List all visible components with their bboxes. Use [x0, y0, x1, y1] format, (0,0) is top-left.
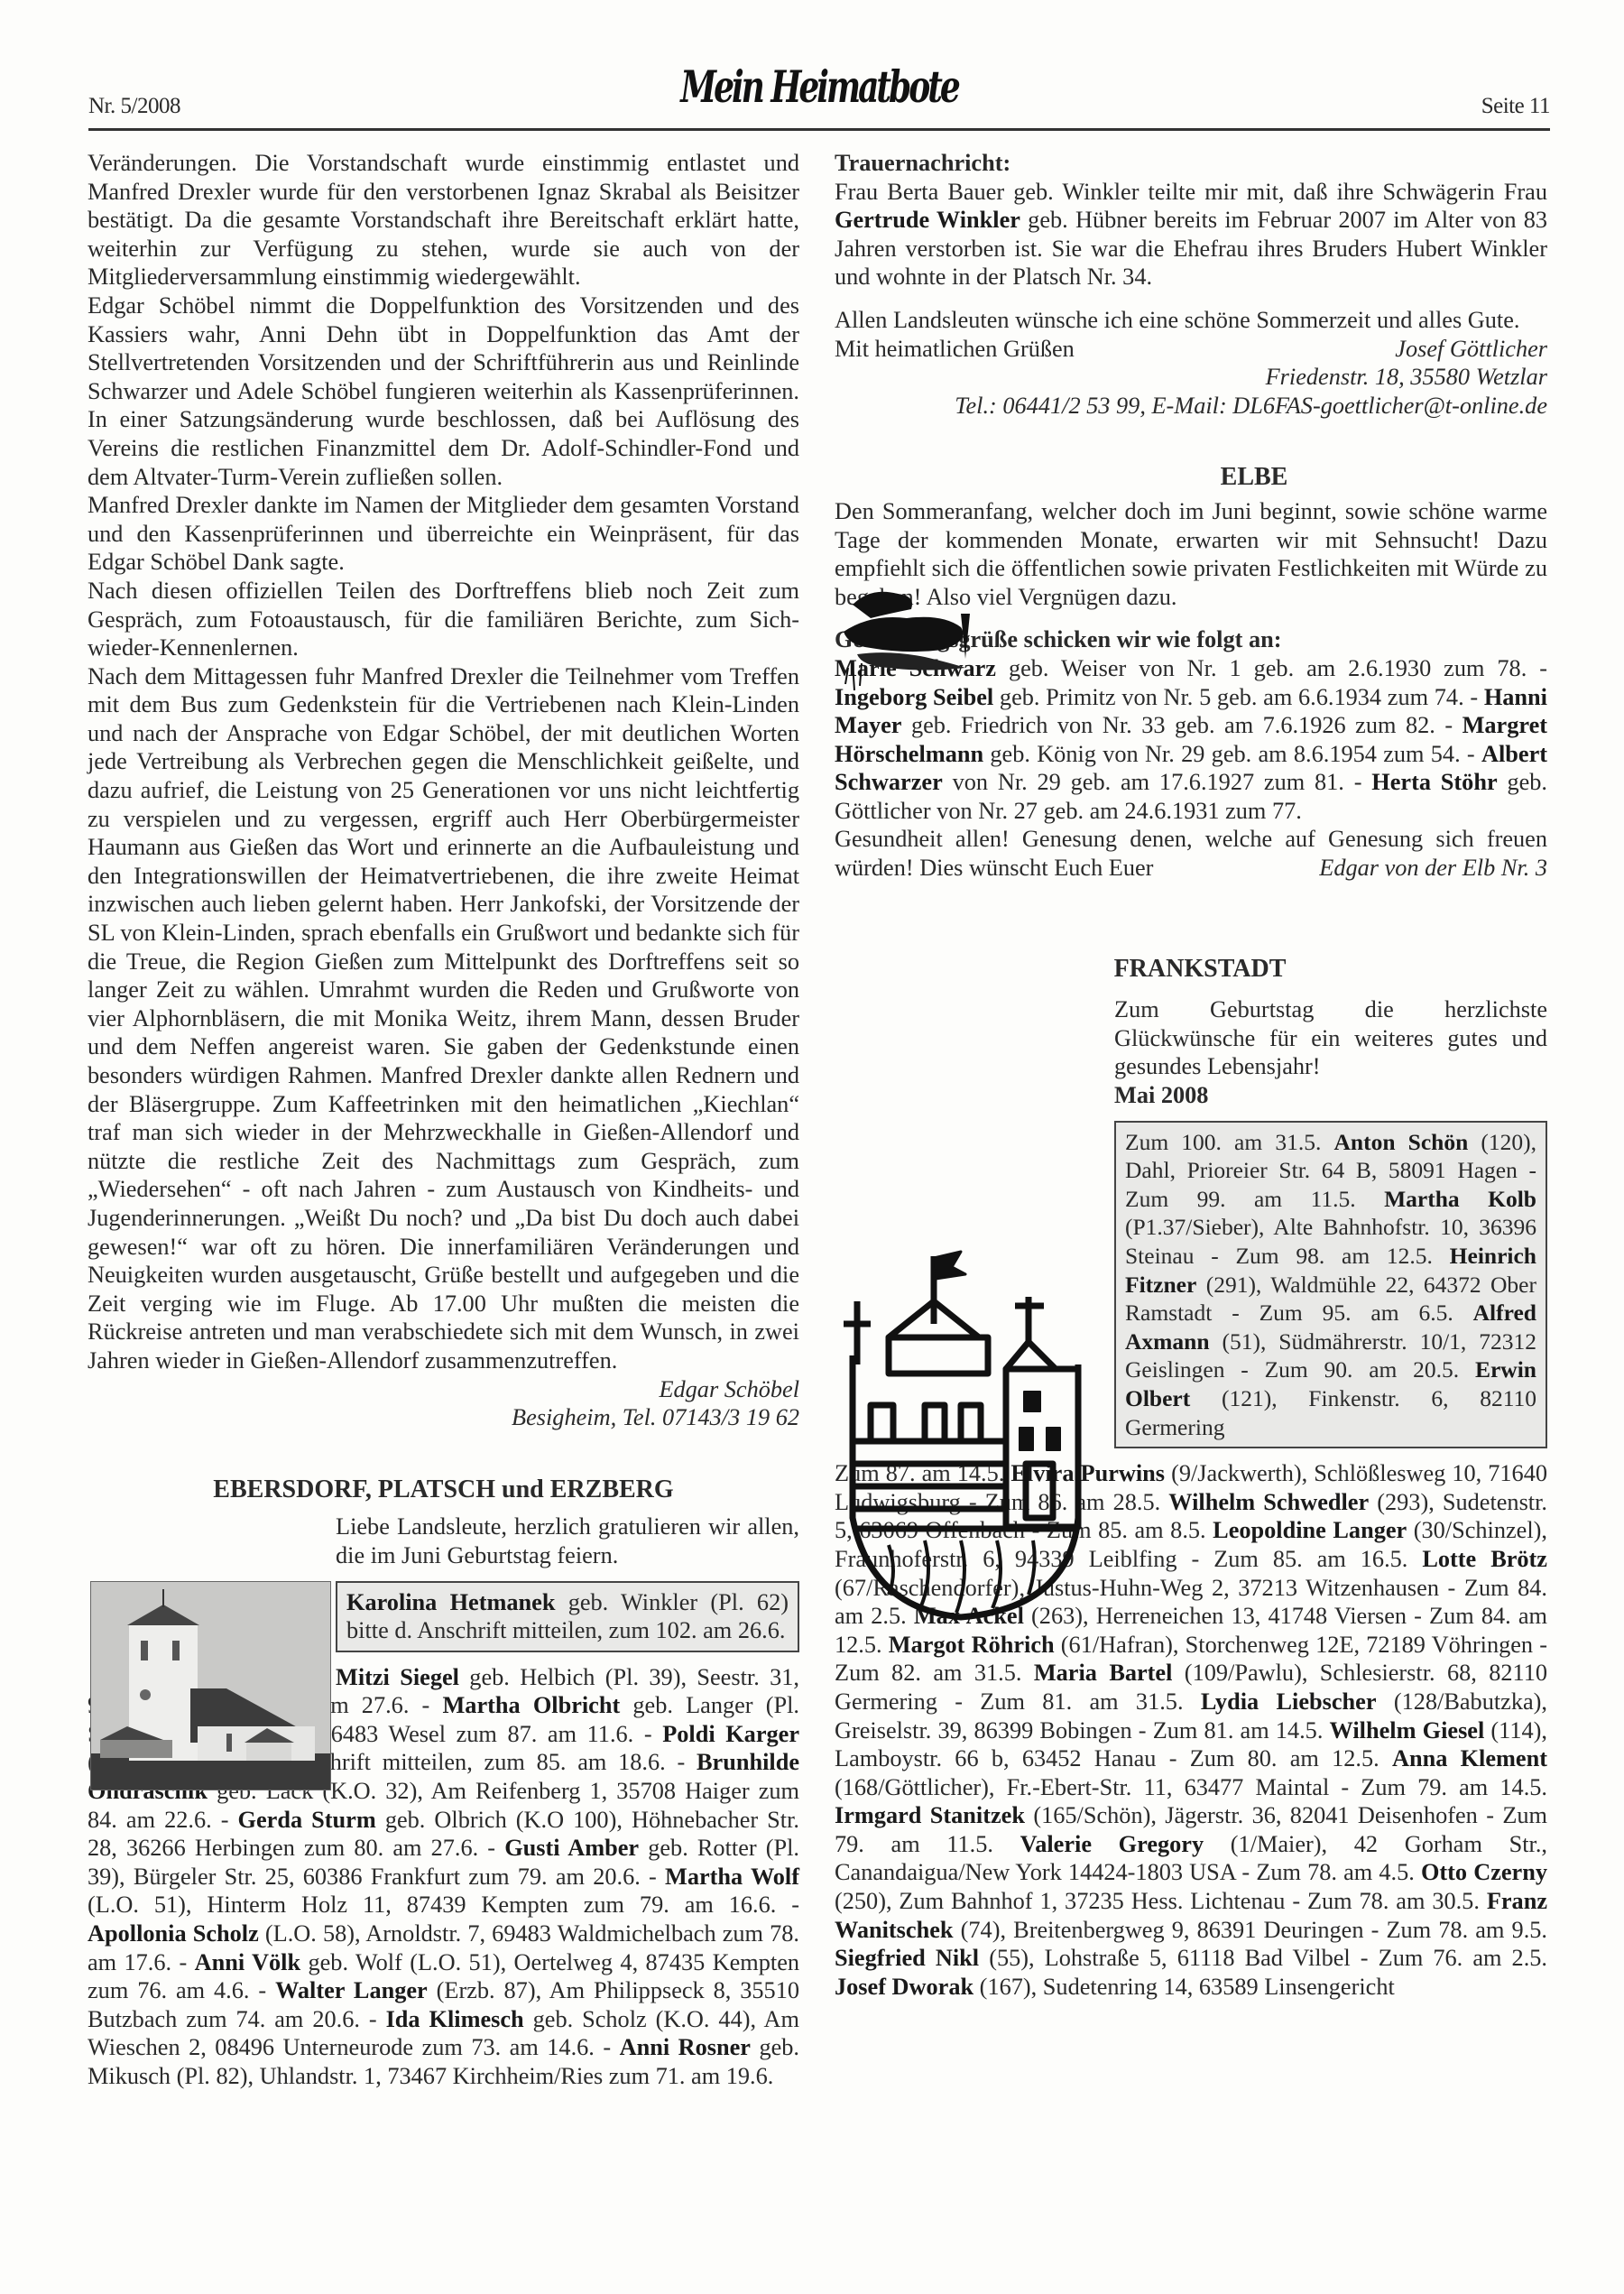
- ebersdorf-highlight-box: Karolina Hetmanek geb. Winkler (Pl. 62) …: [336, 1581, 799, 1652]
- article-paragraph: Manfred Drexler dankte im Namen der Mitg…: [88, 491, 799, 577]
- person-name: Walter Langer: [275, 1977, 428, 2003]
- person-name: Ida Klimesch: [386, 2006, 524, 2032]
- person-name: Leopoldine Langer: [1213, 1517, 1407, 1543]
- frankstadt-month: Mai 2008: [1114, 1081, 1547, 1110]
- church-photo: [90, 1581, 331, 1790]
- mourning-wishes: Allen Landsleuten wünsche ich eine schön…: [835, 306, 1547, 335]
- person-name: Irmgard Stanitzek: [835, 1802, 1025, 1828]
- person-name: Josef Dworak: [835, 1974, 973, 2000]
- frankstadt-highlight-box: Zum 100. am 31.5. Anton Schön (120), Dah…: [1114, 1121, 1547, 1449]
- ebersdorf-intro: Liebe Landsleute, herzlich gratulieren w…: [336, 1512, 799, 1569]
- person-name: Herta Stöhr: [1371, 769, 1497, 795]
- page-header: Nr. 5/2008 Mein Heimatbote Seite 11: [88, 60, 1550, 132]
- person-name: Martha Kolb: [1384, 1186, 1536, 1212]
- person-name: Gusti Amber: [504, 1835, 639, 1861]
- person-name: Martha Olbricht: [442, 1692, 620, 1718]
- masthead-title: Mein Heimatbote: [680, 62, 958, 114]
- left-column: Veränderungen. Die Vorstandschaft wurde …: [88, 149, 799, 2091]
- person-name: Anni Völk: [195, 1949, 301, 1975]
- frankstadt-intro: Zum Geburtstag die herzlichste Glückwüns…: [1114, 995, 1547, 1081]
- article-signature-address: Besigheim, Tel. 07143/3 19 62: [88, 1403, 799, 1432]
- article-paragraph: Edgar Schöbel nimmt die Doppelfunktion d…: [88, 291, 799, 491]
- elbe-closing-signature: Edgar von der Elb Nr. 3: [1319, 854, 1547, 883]
- issue-number: Nr. 5/2008: [88, 94, 180, 119]
- elbe-landscape-illustration: [835, 578, 988, 695]
- section-title-frankstadt: FRANKSTADT: [853, 955, 1547, 984]
- mourning-heading: Trauernachricht:: [835, 149, 1547, 178]
- mourning-greeting: Mit heimatlichen Grüßen: [835, 335, 1075, 364]
- frankstadt-castle-illustration: [835, 1247, 1096, 1626]
- person-name: Alfred Axmann: [1125, 1300, 1536, 1355]
- right-column: Trauernachricht: Frau Berta Bauer geb. W…: [835, 149, 1547, 2001]
- elbe-closing: Gesundheit allen! Genesung denen, welche…: [835, 825, 1547, 882]
- person-name: Gerda Sturm: [238, 1807, 376, 1833]
- person-name: Anna Klement: [1392, 1745, 1547, 1771]
- article-paragraph: Nach dem Mittagessen fuhr Manfred Drexle…: [88, 662, 799, 1375]
- person-name: Franz Wanitschek: [835, 1888, 1547, 1943]
- person-name: Karolina Hetmanek: [346, 1589, 555, 1615]
- mourning-closing: Mit heimatlichen Grüßen Josef Göttlicher: [835, 335, 1547, 364]
- header-rule: [88, 128, 1550, 131]
- page-number: Seite 11: [1481, 94, 1550, 119]
- person-name: Otto Czerny: [1421, 1859, 1547, 1885]
- person-name: Margot Röhrich: [889, 1632, 1055, 1658]
- section-title-ebersdorf: EBERSDORF, PLATSCH und ERZBERG: [88, 1475, 799, 1504]
- person-name: Anni Rosner: [620, 2034, 751, 2060]
- person-name: Apollonia Scholz: [88, 1920, 259, 1947]
- person-name: Heinrich Fitzner: [1125, 1243, 1536, 1298]
- mourning-text: Frau Berta Bauer geb. Winkler teilte mir…: [835, 178, 1547, 291]
- person-name: Valerie Gregory: [1020, 1831, 1204, 1857]
- person-name: Anton Schön: [1333, 1129, 1468, 1155]
- person-name: Mitzi Siegel: [336, 1664, 459, 1690]
- person-name: Wilhelm Schwedler: [1168, 1489, 1369, 1515]
- mourning-signature-contact: Tel.: 06441/2 53 99, E-Mail: DL6FAS-goet…: [835, 392, 1547, 421]
- article-paragraph: Nach diesen offiziellen Teilen des Dorft…: [88, 577, 799, 662]
- mourning-signature-address: Friedenstr. 18, 35580 Wetzlar: [835, 363, 1547, 392]
- mourning-signature-name: Josef Göttlicher: [1395, 335, 1547, 364]
- article-paragraph: Veränderungen. Die Vorstandschaft wurde …: [88, 149, 799, 291]
- person-name: Wilhelm Giesel: [1330, 1717, 1485, 1744]
- person-name: Poldi Karger: [662, 1721, 799, 1747]
- section-title-elbe: ELBE: [961, 463, 1547, 492]
- person-name: Margret Hörschelmann: [835, 712, 1547, 767]
- person-name: Lydia Liebscher: [1201, 1688, 1377, 1715]
- person-name: Gertrude Winkler: [835, 207, 1020, 233]
- person-name: Siegfried Nikl: [835, 1945, 979, 1971]
- person-name: Lotte Brötz: [1422, 1546, 1547, 1572]
- person-name: Erwin Olbert: [1125, 1356, 1536, 1411]
- person-name: Martha Wolf: [665, 1864, 799, 1890]
- article-signature-name: Edgar Schöbel: [88, 1375, 799, 1404]
- person-name: Maria Bartel: [1034, 1660, 1173, 1686]
